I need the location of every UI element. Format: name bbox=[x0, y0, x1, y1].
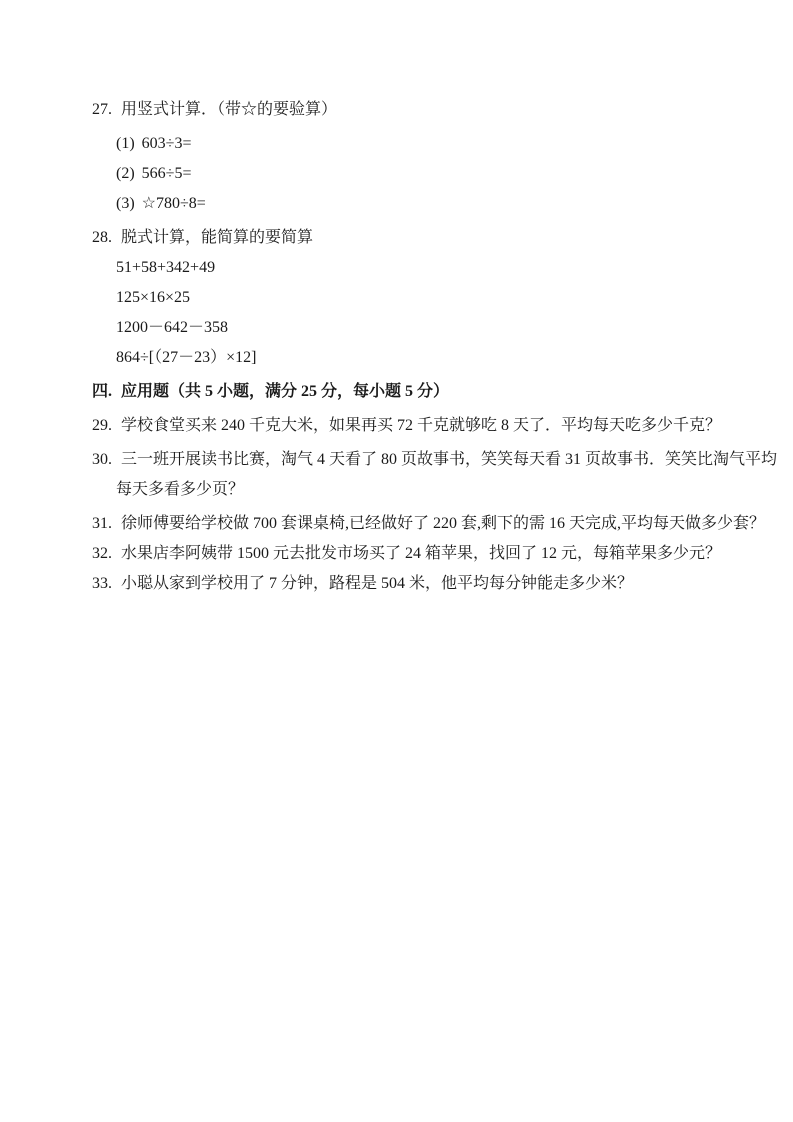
question-27-number: 27. bbox=[92, 95, 112, 125]
question-32-line: 32.水果店李阿姨带 1500 元去批发市场买了 24 箱苹果，找回了 12 元… bbox=[0, 539, 793, 569]
question-31-prompt: 徐师傅要给学校做 700 套课桌椅,已经做好了 220 套,剩下的需 16 天完… bbox=[121, 515, 765, 532]
question-29-number: 29. bbox=[92, 411, 112, 441]
question-27-item-2: (2)566÷5= bbox=[0, 159, 793, 189]
item-1-expression: 603÷3= bbox=[142, 135, 192, 152]
question-30-number: 30. bbox=[92, 445, 112, 475]
question-28-prompt: 脱式计算，能简算的要简算 bbox=[121, 229, 313, 246]
question-30-prompt-part-2: 每天多看多少页？ bbox=[116, 481, 244, 498]
expression-text: 51+58+342+49 bbox=[116, 259, 215, 276]
section-4-title: 应用题（共 5 小题，满分 25 分，每小题 5 分） bbox=[121, 383, 449, 400]
expression-text: 1200－642－358 bbox=[116, 319, 228, 336]
question-28-number: 28. bbox=[92, 223, 112, 253]
question-30-line-1: 30.三一班开展读书比赛，淘气 4 天看了 80 页故事书，笑笑每天看 31 页… bbox=[0, 445, 793, 475]
question-28-expression-1: 51+58+342+49 bbox=[0, 253, 793, 283]
question-28-expression-4: 864÷[（27－23）×12] bbox=[0, 343, 793, 373]
item-2-label: (2) bbox=[116, 159, 135, 189]
question-29-line: 29.学校食堂买来 240 千克大米，如果再买 72 千克就够吃 8 天了．平均… bbox=[0, 411, 793, 441]
item-3-expression: ☆780÷8= bbox=[142, 195, 206, 212]
question-31-line: 31.徐师傅要给学校做 700 套课桌椅,已经做好了 220 套,剩下的需 16… bbox=[0, 509, 793, 539]
expression-text: 864÷[（27－23）×12] bbox=[116, 349, 256, 366]
question-27-item-3: (3)☆780÷8= bbox=[0, 189, 793, 219]
question-27-item-1: (1)603÷3= bbox=[0, 129, 793, 159]
question-31-number: 31. bbox=[92, 509, 112, 539]
question-27-prompt: 用竖式计算．（带☆的要验算） bbox=[121, 101, 337, 118]
item-1-label: (1) bbox=[116, 129, 135, 159]
exam-document-page: 27.用竖式计算．（带☆的要验算） (1)603÷3= (2)566÷5= (3… bbox=[0, 0, 793, 1122]
question-33-line: 33.小聪从家到学校用了 7 分钟，路程是 504 米，他平均每分钟能走多少米？ bbox=[0, 569, 793, 599]
question-28-line: 28.脱式计算，能简算的要简算 bbox=[0, 223, 793, 253]
item-2-expression: 566÷5= bbox=[142, 165, 192, 182]
question-27-line: 27.用竖式计算．（带☆的要验算） bbox=[0, 95, 793, 125]
question-30-line-2: 每天多看多少页？ bbox=[0, 475, 793, 505]
section-4-header: 四.应用题（共 5 小题，满分 25 分，每小题 5 分） bbox=[0, 377, 793, 407]
expression-text: 125×16×25 bbox=[116, 289, 190, 306]
question-28-expression-2: 125×16×25 bbox=[0, 283, 793, 313]
question-32-prompt: 水果店李阿姨带 1500 元去批发市场买了 24 箱苹果，找回了 12 元，每箱… bbox=[121, 545, 721, 562]
section-4-number: 四. bbox=[92, 377, 112, 407]
question-33-number: 33. bbox=[92, 569, 112, 599]
question-33-prompt: 小聪从家到学校用了 7 分钟，路程是 504 米，他平均每分钟能走多少米？ bbox=[121, 575, 633, 592]
item-3-label: (3) bbox=[116, 189, 135, 219]
question-29-prompt: 学校食堂买来 240 千克大米，如果再买 72 千克就够吃 8 天了．平均每天吃… bbox=[121, 417, 721, 434]
question-30-prompt-part-1: 三一班开展读书比赛，淘气 4 天看了 80 页故事书，笑笑每天看 31 页故事书… bbox=[121, 451, 777, 468]
question-28-expression-3: 1200－642－358 bbox=[0, 313, 793, 343]
question-32-number: 32. bbox=[92, 539, 112, 569]
